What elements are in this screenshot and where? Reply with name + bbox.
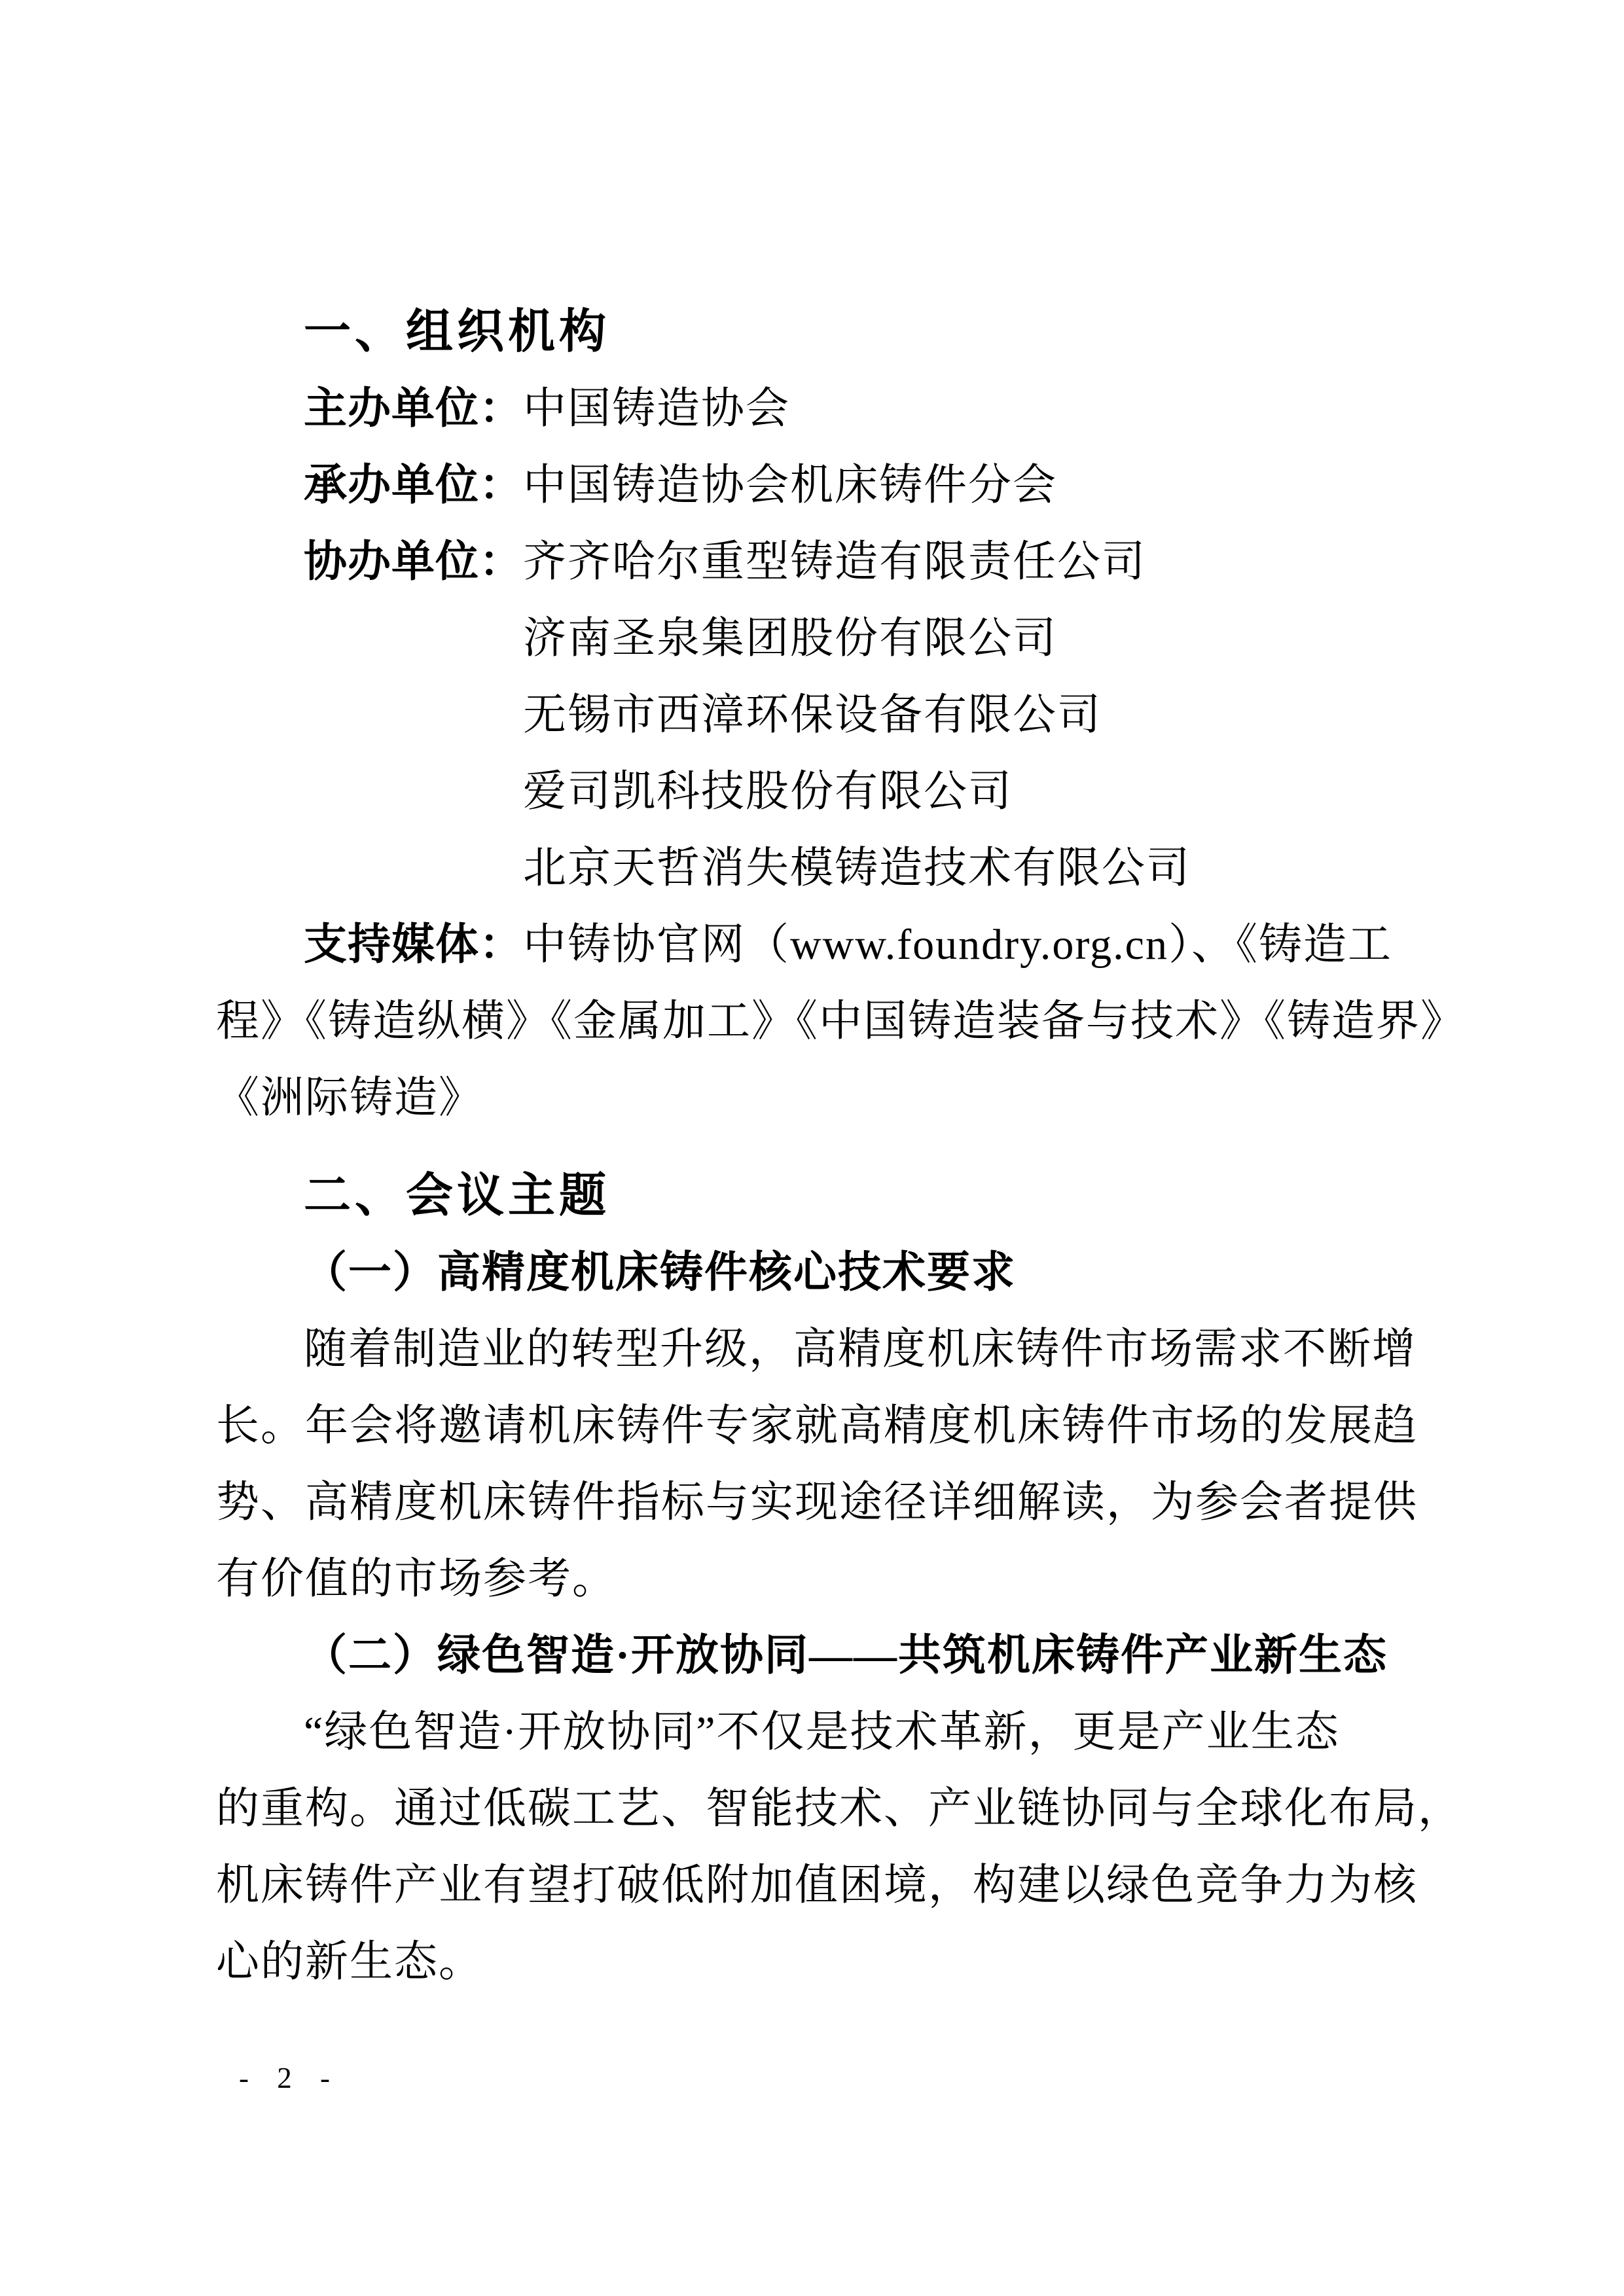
entry-label-blank xyxy=(304,753,523,830)
topic-1-heading: （一）高精度机床铸件核心技术要求 xyxy=(216,1234,1408,1311)
entry-value-coorganizer-2: 济南圣泉集团股份有限公司 xyxy=(523,600,1057,677)
entry-row-coorganizer: 协办单位： 齐齐哈尔重型铸造有限责任公司 xyxy=(216,524,1408,600)
topic-2-body-line-3: 机床铸件产业有望打破低附加值困境，构建以绿色竞争力为核 xyxy=(216,1847,1408,1924)
media-line-2: 程》《铸造纵横》《金属加工》《中国铸造装备与技术》《铸造界》 xyxy=(216,983,1408,1060)
entry-row-coorganizer-5: 北京天哲消失模铸造技术有限公司 xyxy=(216,830,1408,906)
entry-value-coorganizer-3: 无锡市西漳环保设备有限公司 xyxy=(523,677,1102,753)
entry-label-blank xyxy=(304,600,523,677)
entry-value-organizer: 中国铸造协会机床铸件分会 xyxy=(523,447,1057,524)
entry-row-coorganizer-2: 济南圣泉集团股份有限公司 xyxy=(216,600,1408,677)
media-text-1: 中铸协官网（www.foundry.org.cn）、《铸造工 xyxy=(523,906,1392,983)
topic-1-body-line-4: 有价值的市场参考。 xyxy=(216,1541,1408,1617)
entry-value-host: 中国铸造协会 xyxy=(523,370,790,447)
entry-label-organizer: 承办单位： xyxy=(304,447,523,524)
entry-row-organizer: 承办单位： 中国铸造协会机床铸件分会 xyxy=(216,447,1408,524)
topic-2-heading: （二）绿色智造·开放协同——共筑机床铸件产业新生态 xyxy=(216,1617,1408,1694)
media-label: 支持媒体： xyxy=(304,906,523,983)
entry-value-coorganizer-4: 爱司凯科技股份有限公司 xyxy=(523,753,1013,830)
entry-value-coorganizer: 齐齐哈尔重型铸造有限责任公司 xyxy=(523,524,1146,600)
topic-1-body-line-2: 长。年会将邀请机床铸件专家就高精度机床铸件市场的发展趋 xyxy=(216,1388,1408,1464)
section-org-title: 一、组织机构 xyxy=(216,294,1408,370)
entry-label-host: 主办单位： xyxy=(304,370,523,447)
topic-1-body-line-3: 势、高精度机床铸件指标与实现途径详细解读，为参会者提供 xyxy=(216,1464,1408,1541)
topic-1-body-line-1: 随着制造业的转型升级，高精度机床铸件市场需求不断增 xyxy=(216,1311,1408,1388)
entry-row-coorganizer-3: 无锡市西漳环保设备有限公司 xyxy=(216,677,1408,753)
entry-row-host: 主办单位： 中国铸造协会 xyxy=(216,370,1408,447)
entry-value-coorganizer-5: 北京天哲消失模铸造技术有限公司 xyxy=(523,830,1191,906)
topic-2-body-line-2: 的重构。通过低碳工艺、智能技术、产业链协同与全球化布局， xyxy=(216,1770,1408,1847)
entry-label-blank xyxy=(304,677,523,753)
document-content: 一、组织机构 主办单位： 中国铸造协会 承办单位： 中国铸造协会机床铸件分会 协… xyxy=(216,294,1408,2000)
entry-label-blank xyxy=(304,830,523,906)
section-theme-title: 二、会议主题 xyxy=(216,1158,1408,1234)
topic-2-body-line-4: 心的新生态。 xyxy=(216,1924,1408,2000)
topic-2-body-line-1: “绿色智造·开放协同”不仅是技术革新，更是产业生态 xyxy=(216,1694,1408,1770)
entry-row-coorganizer-4: 爱司凯科技股份有限公司 xyxy=(216,753,1408,830)
entry-label-coorganizer: 协办单位： xyxy=(304,524,523,600)
document-page: 一、组织机构 主办单位： 中国铸造协会 承办单位： 中国铸造协会机床铸件分会 协… xyxy=(0,0,1624,2296)
media-line-1: 支持媒体： 中铸协官网（www.foundry.org.cn）、《铸造工 xyxy=(216,906,1408,983)
page-number: - 2 - xyxy=(239,2055,340,2101)
media-line-3: 《洲际铸造》 xyxy=(216,1060,1408,1136)
